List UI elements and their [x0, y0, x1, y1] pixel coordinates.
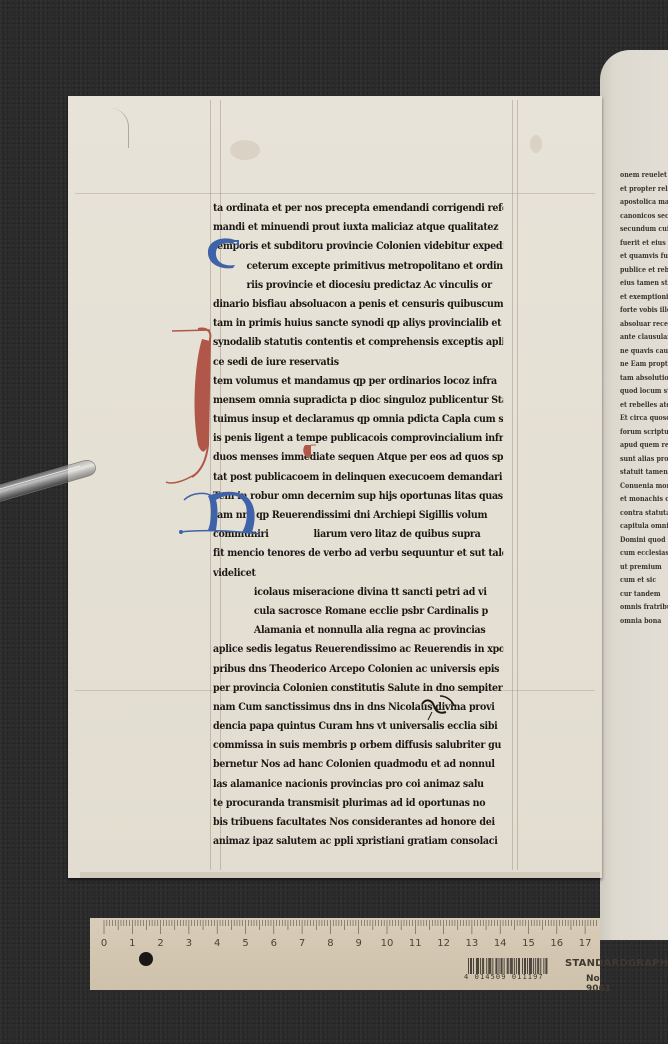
facing-page-line: et propter religiosos — [620, 182, 668, 196]
facing-page-line: Et circa quoscumque — [620, 411, 668, 425]
facing-page-line: omnia bona — [620, 614, 668, 628]
text-line: tuimus insup et declaramus qp omnia pdic… — [213, 410, 503, 429]
ruler-number: 11 — [409, 938, 422, 949]
text-line: tam in primis huius sancte synodi qp ali… — [213, 314, 503, 333]
facing-page-line: publice et rebelles — [620, 263, 668, 277]
red-initial-small — [302, 443, 318, 458]
measuring-ruler: 01234567891011121314151617 4 014509 0111… — [90, 918, 600, 990]
ruler-number: 14 — [494, 938, 507, 949]
text-line: is penis ligent a tempe publicacois comp… — [213, 429, 503, 448]
page-bottom-edge — [80, 872, 600, 878]
ruling-line-top — [75, 193, 595, 194]
text-line: tat post publicacoem in delinquen execuc… — [213, 468, 503, 487]
ruler-number: 3 — [186, 938, 192, 949]
ruler-number: 5 — [242, 938, 248, 949]
facing-page-line: capitula omni — [620, 519, 668, 533]
text-line: aplice sedis legatus Reuerendissimo ac R… — [213, 640, 503, 659]
ruler-model: No. 9061 — [586, 974, 611, 994]
parchment-stain — [230, 140, 260, 160]
ruler-number: 0 — [101, 938, 107, 949]
facing-page-line: et monachis omn — [620, 492, 668, 506]
ruler-number: 9 — [356, 938, 362, 949]
facing-page-line: apostolica mant nul — [620, 195, 668, 209]
facing-page-line: omnis fratribus — [620, 600, 668, 614]
facing-page-line: ut premium — [620, 560, 668, 574]
ruler-number: 13 — [466, 938, 479, 949]
facing-page-line: cum et sic — [620, 573, 668, 587]
facing-page-line: onem reuelet si omn — [620, 168, 668, 182]
facing-page-line: quod locum statuta — [620, 384, 668, 398]
text-line: animaz ipaz salutem ac ppli xpristiani g… — [213, 832, 503, 851]
text-line: ceterum excepte primitivus metropolitano… — [213, 257, 503, 276]
facing-page-line: absoluar recepimus — [620, 317, 668, 331]
ruler-number: 12 — [437, 938, 450, 949]
facing-page-line: ne quavis causa fuerit — [620, 344, 668, 358]
facing-page-line: canonicos secularie — [620, 209, 668, 223]
text-line: las alamanice nacionis provincias pro co… — [213, 775, 503, 794]
ruler-number: 15 — [522, 938, 535, 949]
text-line: dinario bisfiau absoluacon a penis et ce… — [213, 295, 503, 314]
text-line: tem volumus et mandamus qp per ordinario… — [213, 372, 503, 391]
barcode-number: 4 014509 011197 — [464, 973, 544, 981]
facing-page-line: Conuenia monasterij — [620, 479, 668, 493]
facing-page-line: Domini quod — [620, 533, 668, 547]
text-line: commissa in suis membris p orbem diffusi… — [213, 736, 503, 755]
text-line: pribus dns Theoderico Arcepo Colonien ac… — [213, 660, 503, 679]
text-line: mensem omnia supradicta p dioc singuloz … — [213, 391, 503, 410]
ruler-ticks — [90, 918, 600, 938]
ruler-number: 7 — [299, 938, 305, 949]
ruler-number: 4 — [214, 938, 220, 949]
ruler-number: 8 — [327, 938, 333, 949]
text-line: Alamania et nonnulla alia regna ac provi… — [213, 621, 503, 640]
text-line: dencia papa quintus Curam hns vt univers… — [213, 717, 503, 736]
text-line: temporis et subditoru provincie Colonien… — [213, 237, 503, 256]
facing-page-line: sunt alias prout — [620, 452, 668, 466]
text-line: mandi et minuendi prout iuxta maliciaz a… — [213, 218, 503, 237]
facing-page-line: secundum cuius apud — [620, 222, 668, 236]
red-initial-i — [162, 325, 214, 487]
facing-page-line: et rebelles atque — [620, 398, 668, 412]
facing-page-line: forte vobis ille tem — [620, 303, 668, 317]
facing-page-line: forum scriptum — [620, 425, 668, 439]
barcode — [468, 958, 548, 974]
catchword-flourish — [418, 692, 458, 722]
ruler-number: 17 — [579, 938, 592, 949]
text-line: ta ordinata et per nos precepta emendand… — [213, 199, 503, 218]
facing-page-line: ante clausulam rem — [620, 330, 668, 344]
facing-page-line: eius tamen statuti — [620, 276, 668, 290]
blue-initial-n — [178, 490, 264, 536]
text-line: duos menses immediate sequen Atque per e… — [213, 448, 503, 467]
facing-page-line: tam absolutione — [620, 371, 668, 385]
ruler-number: 6 — [271, 938, 277, 949]
text-line: te procuranda transmisit plurimas ad id … — [213, 794, 503, 813]
ruler-brand: STANDARDGRAPH — [565, 958, 668, 969]
ruler-number: 1 — [129, 938, 135, 949]
blue-initial-c — [205, 237, 243, 271]
ruler-number: 2 — [157, 938, 163, 949]
ruler-number: 16 — [550, 938, 563, 949]
facing-page-line: apud quem recepit — [620, 438, 668, 452]
text-line: fit mencio tenores de verbo ad verbu seq… — [213, 544, 503, 563]
facing-page-text: onem reuelet si omnet propter religiosos… — [620, 168, 668, 627]
facing-page-line: fuerit et eius proprie — [620, 236, 668, 250]
text-line: bernetur Nos ad hanc Colonien quadmodu e… — [213, 755, 503, 774]
ruler-number: 10 — [381, 938, 394, 949]
facing-page-line: cum ecclesiastici — [620, 546, 668, 560]
text-line: videlicet — [213, 564, 503, 583]
facing-page-line: contra statuta — [620, 506, 668, 520]
text-line: riis provincie et diocesiu predictaz Ac … — [213, 276, 503, 295]
facing-page-line: et quamvis fuerint — [620, 249, 668, 263]
text-line: icolaus miseracione divina tt sancti pet… — [213, 583, 503, 602]
facing-page-line: statuit tamen — [620, 465, 668, 479]
facing-page-line: et exemptionis — [620, 290, 668, 304]
facing-page-line: cur tandem — [620, 587, 668, 601]
text-line: ce sedi de iure reservatis — [213, 353, 503, 372]
parchment-stain — [530, 135, 542, 153]
text-line: cula sacrosce Romane ecclie psbr Cardina… — [213, 602, 503, 621]
text-line: bis tribuens facultates Nos considerante… — [213, 813, 503, 832]
text-line: nam Cum sanctissimus dns in dns Nicolaus… — [213, 698, 503, 717]
text-line: synodalib statutis contentis et comprehe… — [213, 333, 503, 352]
text-line: per provincia Colonien constitutis Salut… — [213, 679, 503, 698]
ruler-hole — [139, 952, 153, 966]
text-fragment: liarum vero litaz de quibus supra — [313, 525, 480, 544]
facing-page-line: ne Eam propter reg — [620, 357, 668, 371]
